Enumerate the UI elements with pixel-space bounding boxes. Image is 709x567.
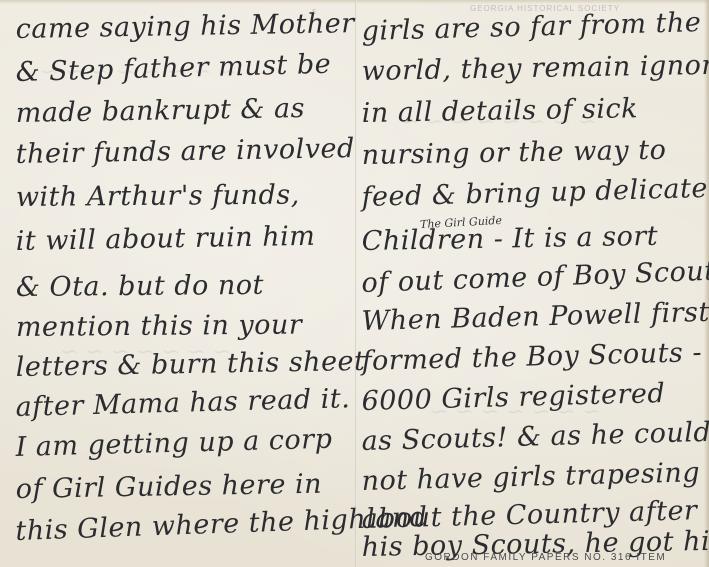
handwritten-line: feed & bring up delicate xyxy=(361,173,708,213)
handwritten-line: When Baden Powell first xyxy=(361,297,709,337)
handwritten-line: girls are so far from the xyxy=(361,7,701,47)
page-fold-line xyxy=(355,0,357,567)
handwritten-line: I am getting up a corp xyxy=(15,424,333,463)
handwritten-line: their funds are involved xyxy=(15,133,355,170)
handwritten-line: & Ota. but do not xyxy=(16,270,264,303)
handwritten-line: after Mama has read it. xyxy=(15,383,350,423)
handwritten-line: & Step father must be xyxy=(15,49,331,88)
handwritten-line: of Girl Guides here in xyxy=(15,469,322,505)
handwritten-line: letters & burn this sheet xyxy=(15,346,365,383)
letter-scan: ~ ~ ~ ~ ~ ~ ~ ~ ~ ~ ~ ~ ~ ~ ~ ~ ~ ~ ~ ~ … xyxy=(0,0,709,567)
handwritten-line: in all details of sick xyxy=(361,93,638,129)
handwritten-line: with Arthur's funds, xyxy=(16,180,300,213)
handwritten-line: of out come of Boy Scouts, xyxy=(361,255,709,299)
handwritten-line: world, they remain ignorant xyxy=(361,49,709,87)
handwritten-line: nursing or the way to xyxy=(361,135,666,171)
handwritten-line: not have girls trapesing xyxy=(361,457,700,497)
handwritten-line: 6000 Girls registered xyxy=(361,378,665,417)
handwritten-line: came saying his Mother xyxy=(15,8,354,45)
handwritten-line: made bankrupt & as xyxy=(15,93,305,129)
archive-stamp: GORDON FAMILY PAPERS NO. 316 ITEM xyxy=(425,552,666,563)
handwritten-line: as Scouts! & as he could xyxy=(361,417,709,457)
handwritten-line: formed the Boy Scouts - xyxy=(361,337,702,377)
handwritten-line: it will about ruin him xyxy=(15,221,315,257)
handwritten-line: Children - It is a sort xyxy=(361,221,658,257)
handwritten-line: mention this in your xyxy=(16,310,303,343)
